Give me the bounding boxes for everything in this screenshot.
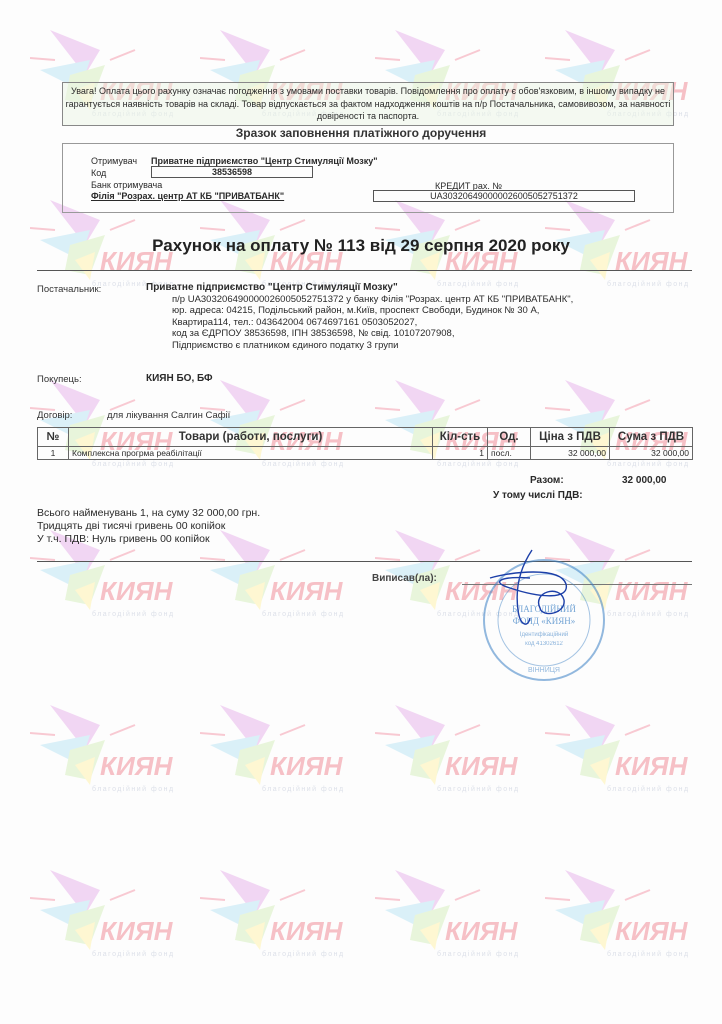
cell-qty: 1 (433, 447, 488, 460)
cell-number: 1 (38, 447, 69, 460)
recipient-label: Отримувач (91, 156, 137, 166)
supplier-block: Приватне підприємство "Центр Стимуляції … (146, 282, 573, 351)
watermark-logo: КИЯНблагодійний фонд (30, 860, 180, 960)
contract-value: для лікування Салгин Сафії (107, 410, 230, 421)
svg-text:благодійний фонд: благодійний фонд (437, 460, 520, 468)
svg-text:ВІННИЦЯ: ВІННИЦЯ (528, 667, 560, 674)
cell-sum: 32 000,00 (610, 447, 693, 460)
watermark-logo: КИЯНблагодійний фонд (30, 695, 180, 795)
svg-text:благодійний фонд: благодійний фонд (92, 610, 175, 618)
svg-text:КИЯН: КИЯН (100, 576, 174, 606)
bank-value: Філія "Розрах. центр АТ КБ "ПРИВАТБАНК" (91, 191, 284, 201)
svg-text:КИЯН: КИЯН (615, 576, 689, 606)
buyer-label: Покупець: (37, 374, 82, 385)
divider (37, 270, 692, 271)
signature-label: Виписав(ла): (372, 573, 437, 584)
svg-text:благодійний фонд: благодійний фонд (262, 950, 345, 958)
supplier-detail-line: Квартира114, тел.: 043642004 0674697161 … (172, 317, 573, 329)
total-value: 32 000,00 (622, 475, 667, 486)
svg-text:благодійний фонд: благодійний фонд (437, 950, 520, 958)
svg-text:благодійний фонд: благодійний фонд (437, 785, 520, 793)
goods-table: № Товари (работи, послуги) Кіл-сть Од. Ц… (37, 427, 693, 460)
summary-block: Всього найменувань 1, на суму 32 000,00 … (37, 507, 260, 546)
svg-text:КИЯН: КИЯН (270, 576, 344, 606)
svg-text:благодійний фонд: благодійний фонд (607, 280, 690, 288)
payment-sample-box: Отримувач Приватне підприємство "Центр С… (62, 143, 674, 213)
supplier-detail-line: юр. адреса: 04215, Подільський район, м.… (172, 305, 573, 317)
table-header-row: № Товари (работи, послуги) Кіл-сть Од. Ц… (38, 428, 693, 447)
supplier-detail-line: Підприємство є платником єдиного податку… (172, 340, 573, 352)
vat-label: У тому числі ПДВ: (493, 490, 583, 501)
svg-text:благодійний фонд: благодійний фонд (92, 950, 175, 958)
code-label: Код (91, 168, 106, 178)
svg-text:благодійний фонд: благодійний фонд (607, 785, 690, 793)
watermark-logo: КИЯНблагодійний фонд (200, 860, 350, 960)
cell-goods: Комплексна прогрма реабілітації (69, 447, 433, 460)
supplier-detail-line: п/р UA303206490000026005052751372 у банк… (172, 294, 573, 306)
svg-text:благодійний фонд: благодійний фонд (262, 610, 345, 618)
svg-text:КИЯН: КИЯН (270, 751, 344, 781)
recipient-value: Приватне підприємство "Центр Стимуляції … (151, 156, 378, 166)
col-qty: Кіл-сть (433, 428, 488, 447)
summary-words: Тридцять дві тисячі гривень 00 копійок (37, 520, 260, 533)
bank-label: Банк отримувача (91, 180, 162, 190)
svg-text:благодійний фонд: благодійний фонд (92, 460, 175, 468)
invoice-title: Рахунок на оплату № 113 від 29 серпня 20… (0, 236, 722, 256)
col-sum: Сума з ПДВ (610, 428, 693, 447)
col-number: № (38, 428, 69, 447)
supplier-label: Постачальник: (37, 284, 101, 295)
svg-text:КИЯН: КИЯН (270, 916, 344, 946)
watermark-logo: КИЯНблагодійний фонд (375, 695, 525, 795)
svg-text:КИЯН: КИЯН (615, 916, 689, 946)
col-goods: Товари (работи, послуги) (69, 428, 433, 447)
svg-text:КИЯН: КИЯН (445, 751, 519, 781)
svg-text:КИЯН: КИЯН (445, 916, 519, 946)
summary-total: Всього найменувань 1, на суму 32 000,00 … (37, 507, 260, 520)
col-price: Ціна з ПДВ (531, 428, 610, 447)
watermark-logo: КИЯНблагодійний фонд (200, 695, 350, 795)
total-label: Разом: (530, 475, 564, 486)
watermark-logo: КИЯНблагодійний фонд (545, 695, 695, 795)
code-value: 38536598 (151, 166, 313, 178)
credit-account: UA303206490000026005052751372 (373, 190, 635, 202)
payment-sample-title: Зразок заповнення платіжного доручення (0, 126, 722, 140)
svg-text:КИЯН: КИЯН (100, 751, 174, 781)
summary-vat: У т.ч. ПДВ: Нуль гривень 00 копійок (37, 533, 260, 546)
svg-text:КИЯН: КИЯН (615, 751, 689, 781)
watermark-logo: КИЯНблагодійний фонд (545, 860, 695, 960)
signature (470, 548, 590, 668)
supplier-details: п/р UA303206490000026005052751372 у банк… (146, 294, 573, 352)
svg-text:благодійний фонд: благодійний фонд (262, 460, 345, 468)
contract-label: Договір: (37, 410, 72, 421)
cell-unit: посл. (488, 447, 531, 460)
watermark-logo: КИЯНблагодійний фонд (375, 860, 525, 960)
table-row: 1 Комплексна прогрма реабілітації 1 посл… (38, 447, 693, 460)
svg-text:благодійний фонд: благодійний фонд (607, 950, 690, 958)
svg-text:благодійний фонд: благодійний фонд (92, 785, 175, 793)
supplier-detail-line: код за ЄДРПОУ 38536598, ІПН 38536598, № … (172, 328, 573, 340)
svg-text:благодійний фонд: благодійний фонд (607, 460, 690, 468)
cell-price: 32 000,00 (531, 447, 610, 460)
col-unit: Од. (488, 428, 531, 447)
supplier-name: Приватне підприємство "Центр Стимуляції … (146, 282, 573, 294)
payment-notice: Увага! Оплата цього рахунку означає пого… (62, 82, 674, 126)
buyer-value: КИЯН БО, БФ (146, 373, 213, 384)
svg-text:благодійний фонд: благодійний фонд (607, 610, 690, 618)
svg-text:благодійний фонд: благодійний фонд (262, 785, 345, 793)
svg-text:КИЯН: КИЯН (100, 916, 174, 946)
